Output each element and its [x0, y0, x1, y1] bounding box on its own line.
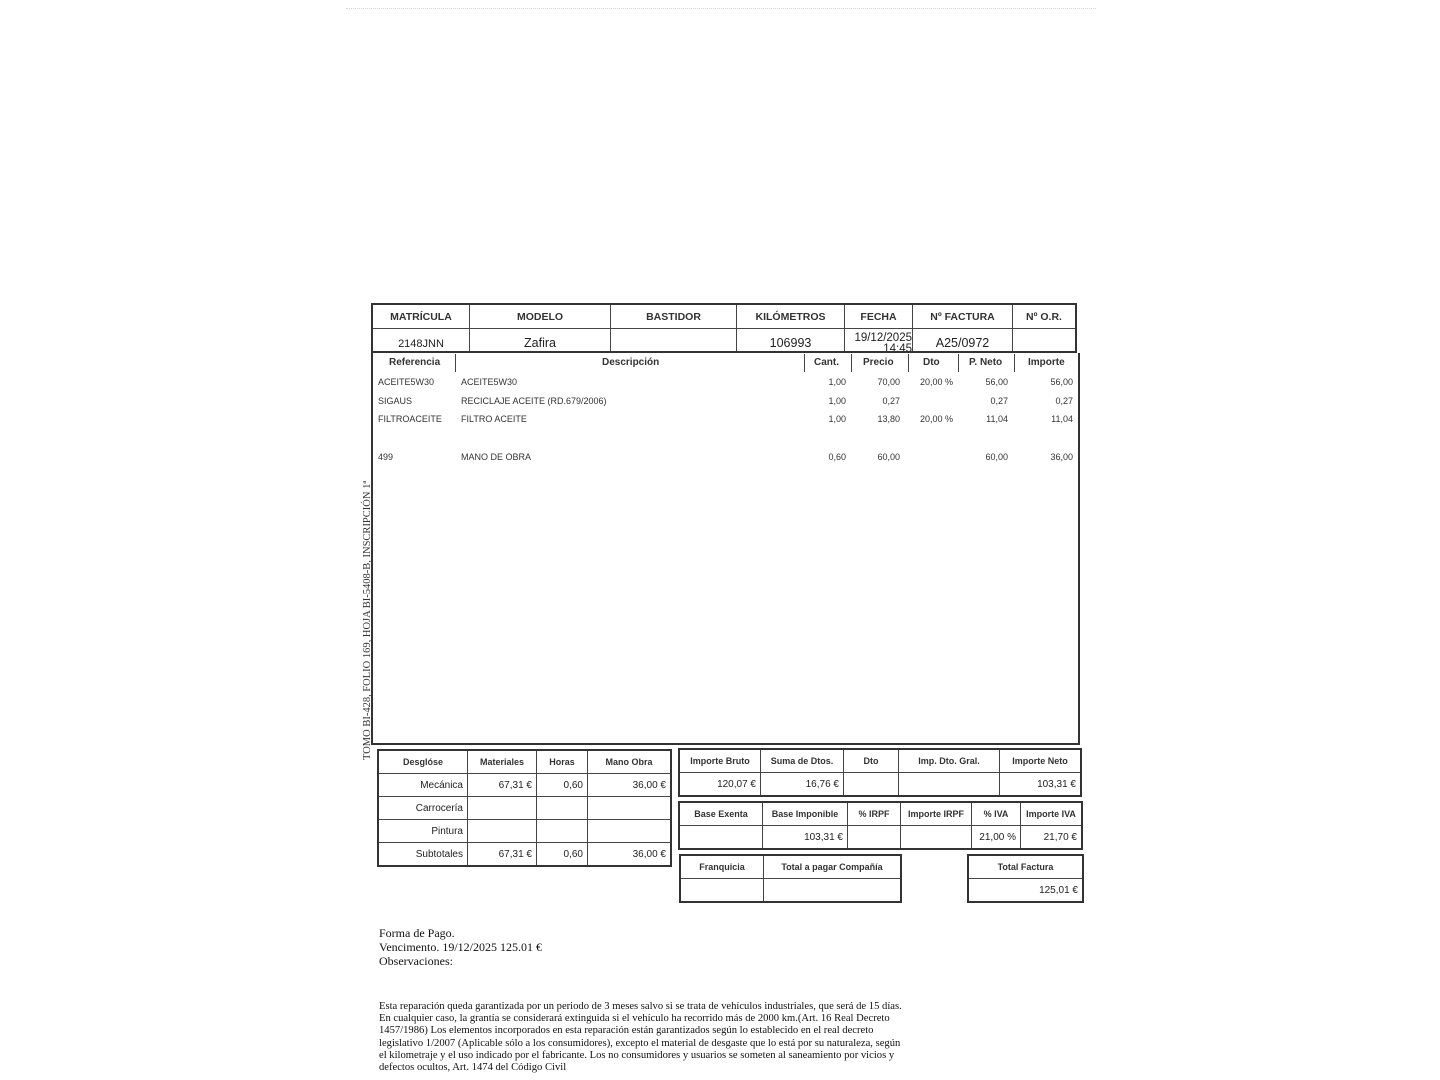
total-factura-value: 125,01 €: [968, 879, 1083, 903]
forma-pago: Forma de Pago.: [379, 926, 542, 940]
total-factura-label: Total Factura: [968, 855, 1083, 879]
line-referencia: 499: [378, 452, 393, 462]
desglose-row: Mecánica 67,31 € 0,60 36,00 €: [378, 774, 671, 797]
importes-header: Suma de Dtos.: [761, 749, 844, 773]
desglose-row: Subtotales 67,31 € 0,60 36,00 €: [378, 843, 671, 867]
warranty-legal-text: Esta reparación queda garantizada por un…: [379, 1001, 909, 1074]
franquicia-table: Franquicia Total a pagar Compañía: [679, 854, 902, 903]
observaciones: Observaciones:: [379, 954, 542, 968]
line-item-row: FILTROACEITEFILTRO ACEITE1,0013,8020,00 …: [373, 414, 1078, 428]
payment-info: Forma de Pago. Vencimento. 19/12/2025 12…: [379, 926, 542, 968]
line-p-neto: 0,27: [990, 396, 1008, 406]
desglose-table: Desglóse Materiales Horas Mano Obra Mecá…: [377, 749, 672, 867]
col-descripcion: Descripción: [602, 357, 659, 368]
value-or: [1013, 329, 1075, 351]
line-importe: 0,27: [1055, 396, 1073, 406]
importes-table: Importe Bruto Suma de Dtos. Dto Imp. Dto…: [678, 748, 1082, 797]
vencimiento: Vencimento. 19/12/2025 125.01 €: [379, 940, 542, 954]
desglose-header: Mano Obra: [588, 750, 672, 774]
line-precio: 60,00: [877, 452, 900, 462]
col-p-neto: P. Neto: [969, 357, 1002, 368]
vehicle-header-table: MATRÍCULA MODELO BASTIDOR KILÓMETROS FEC…: [371, 303, 1077, 353]
line-descripcion: FILTRO ACEITE: [461, 414, 527, 424]
value-fecha: 19/12/2025 14:45: [845, 329, 913, 351]
label-modelo: MODELO: [470, 305, 611, 329]
line-referencia: SIGAUS: [378, 396, 412, 406]
line-cant: 1,00: [828, 414, 846, 424]
desglose-row: Pintura: [378, 820, 671, 843]
line-importe: 36,00: [1050, 452, 1073, 462]
line-descripcion: RECICLAJE ACEITE (RD.679/2006): [461, 396, 607, 406]
line-p-neto: 56,00: [985, 377, 1008, 387]
value-matricula: 2148JNN: [373, 329, 470, 351]
importes-header: Importe Bruto: [679, 749, 761, 773]
col-divider: [908, 354, 909, 372]
value-bastidor: [611, 329, 737, 351]
line-item-row: ACEITE5W30ACEITE5W301,0070,0020,00 %56,0…: [373, 377, 1078, 391]
line-importe: 11,04: [1051, 414, 1073, 424]
col-importe: Importe: [1028, 357, 1065, 368]
line-item-row: SIGAUSRECICLAJE ACEITE (RD.679/2006)1,00…: [373, 396, 1078, 410]
line-referencia: ACEITE5W30: [378, 377, 434, 387]
desglose-row: Carrocería: [378, 797, 671, 820]
line-precio: 70,00: [877, 377, 900, 387]
label-kilometros: KILÓMETROS: [737, 305, 845, 329]
label-or: Nº O.R.: [1013, 305, 1075, 329]
label-bastidor: BASTIDOR: [611, 305, 737, 329]
col-precio: Precio: [863, 357, 894, 368]
impuestos-values: 103,31 € 21,00 % 21,70 €: [679, 826, 1082, 850]
line-descripcion: MANO DE OBRA: [461, 452, 531, 462]
col-divider: [455, 354, 456, 372]
col-referencia: Referencia: [389, 357, 440, 368]
impuestos-header: Base Imponible: [763, 802, 848, 826]
impuestos-header: % IRPF: [848, 802, 901, 826]
desglose-header: Materiales: [468, 750, 537, 774]
lines-header: Referencia Descripción Cant. Precio Dto …: [373, 353, 1078, 373]
line-importe: 56,00: [1050, 377, 1073, 387]
importes-values: 120,07 € 16,76 € 103,31 €: [679, 773, 1081, 797]
impuestos-header: Importe IVA: [1021, 802, 1083, 826]
impuestos-header: % IVA: [972, 802, 1021, 826]
col-divider: [804, 354, 805, 372]
col-cant: Cant.: [814, 357, 839, 368]
col-dto: Dto: [923, 357, 940, 368]
line-cant: 0,60: [828, 452, 846, 462]
line-p-neto: 11,04: [986, 414, 1008, 424]
line-dto: 20,00 %: [920, 377, 953, 387]
line-p-neto: 60,00: [985, 452, 1008, 462]
line-referencia: FILTROACEITE: [378, 414, 442, 424]
impuestos-header: Base Exenta: [679, 802, 763, 826]
value-kilometros: 106993: [737, 329, 845, 351]
label-matricula: MATRÍCULA: [373, 305, 470, 329]
scan-top-edge: [346, 8, 1096, 9]
importes-header: Importe Neto: [1000, 749, 1082, 773]
importes-header: Dto: [844, 749, 899, 773]
franquicia-header: Total a pagar Compañía: [764, 855, 902, 879]
line-precio: 0,27: [882, 396, 900, 406]
line-cant: 1,00: [828, 396, 846, 406]
line-dto: 20,00 %: [920, 414, 953, 424]
line-item-row: 499MANO DE OBRA0,6060,0060,0036,00: [373, 452, 1078, 466]
desglose-header: Desglóse: [378, 750, 468, 774]
line-descripcion: ACEITE5W30: [461, 377, 517, 387]
col-divider: [958, 354, 959, 372]
label-factura: Nº FACTURA: [913, 305, 1013, 329]
value-modelo: Zafira: [470, 329, 611, 351]
line-precio: 13,80: [877, 414, 900, 424]
col-divider: [851, 354, 852, 372]
impuestos-header: Importe IRPF: [901, 802, 972, 826]
invoice-lines-table: Referencia Descripción Cant. Precio Dto …: [371, 353, 1080, 745]
impuestos-table: Base Exenta Base Imponible % IRPF Import…: [678, 801, 1083, 850]
value-fecha-time: 14:45: [883, 344, 912, 350]
line-cant: 1,00: [828, 377, 846, 387]
franquicia-values: [680, 879, 901, 903]
franquicia-header: Franquicia: [680, 855, 764, 879]
total-factura-table: Total Factura 125,01 €: [967, 854, 1084, 903]
value-factura: A25/0972: [913, 329, 1013, 351]
desglose-header: Horas: [537, 750, 588, 774]
col-divider: [1014, 354, 1015, 372]
label-fecha: FECHA: [845, 305, 913, 329]
importes-header: Imp. Dto. Gral.: [899, 749, 1000, 773]
